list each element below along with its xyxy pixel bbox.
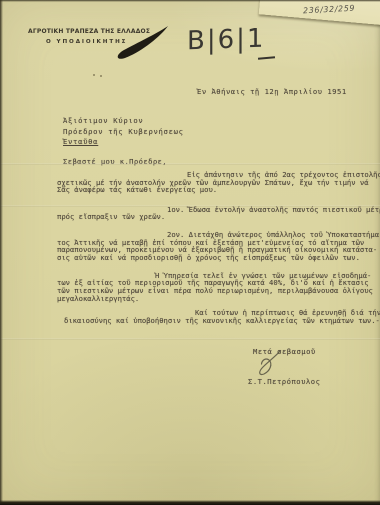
paragraph-service-note: Ἡ Ὑπηρεσία τελεῖ ἐν γνώσει τῶν μειωμένων… — [57, 272, 377, 302]
body-line: δικαιοσύνης καί ὑποβοήθησιν τῆς κανονικῆ… — [64, 317, 377, 325]
ink-smudge — [114, 25, 170, 61]
letter-body: Εἰς ἀπάντησιν τῆς ἀπό 2ας τρέχοντος ἐπισ… — [57, 171, 377, 324]
scan-edge-bottom — [0, 500, 380, 505]
paragraph-item-1: 1ον. Ἔδωσα ἐντολήν ἀναστολῆς παντός πιεσ… — [57, 206, 377, 221]
body-line: πρός εἴσπραξιν τῶν χρεῶν. — [57, 213, 377, 221]
recipient-location-line: Ἐνταῦθα — [63, 137, 184, 148]
recipient-honorific-line: Ἀξιότιμον Κύριον — [63, 116, 184, 127]
paper-crease — [0, 163, 380, 165]
file-mark-underline — [258, 56, 275, 59]
signature-name: Σ.Τ.Πετρόπουλος — [248, 377, 320, 386]
body-line: σις αὐτῶν καί νά προσδιορισθῇ ὁ χρόνος τ… — [57, 254, 377, 262]
scan-edge-left — [0, 0, 3, 505]
recipient-block: Ἀξιότιμον Κύριον Πρόεδρον τῆς Κυβερνήσεω… — [63, 116, 184, 148]
body-line: Σᾶς ἀναφέρω τάς κάτωθι ἐνεργείας μου. — [57, 186, 377, 194]
recipient-title-line: Πρόεδρον τῆς Κυβερνήσεως — [63, 127, 184, 138]
paper-speck — [100, 75, 102, 77]
paragraph-intro: Εἰς ἀπάντησιν τῆς ἀπό 2ας τρέχοντος ἐπισ… — [57, 171, 377, 194]
scan-edge-top — [0, 0, 380, 2]
dateline: Ἐν Ἀθήναις τῇ 12ῃ Ἀπριλίου 1951 — [197, 87, 347, 96]
handwritten-file-mark: Β|6|1 — [187, 26, 265, 55]
paragraph-closing-note: Καί τούτων ἡ περίπτωσις θά ἐρευνηθῇ διά … — [64, 309, 377, 324]
paper-crease — [0, 338, 380, 340]
paragraph-item-2: 2ον. Διετάχθη ἀνώτερος ὑπάλληλος τοῦ Ὑπο… — [57, 231, 377, 261]
letter-page: 236/32/259 ΑΓΡΟΤΙΚΗ ΤΡΑΠΕΖΑ ΤΗΣ ΕΛΛΑΔΟΣ … — [0, 0, 380, 505]
body-line: μεγαλοκαλλιεργητάς. — [57, 295, 377, 303]
paper-speck — [93, 74, 95, 76]
signature-scribble — [252, 350, 288, 378]
paper-crease — [0, 205, 380, 207]
